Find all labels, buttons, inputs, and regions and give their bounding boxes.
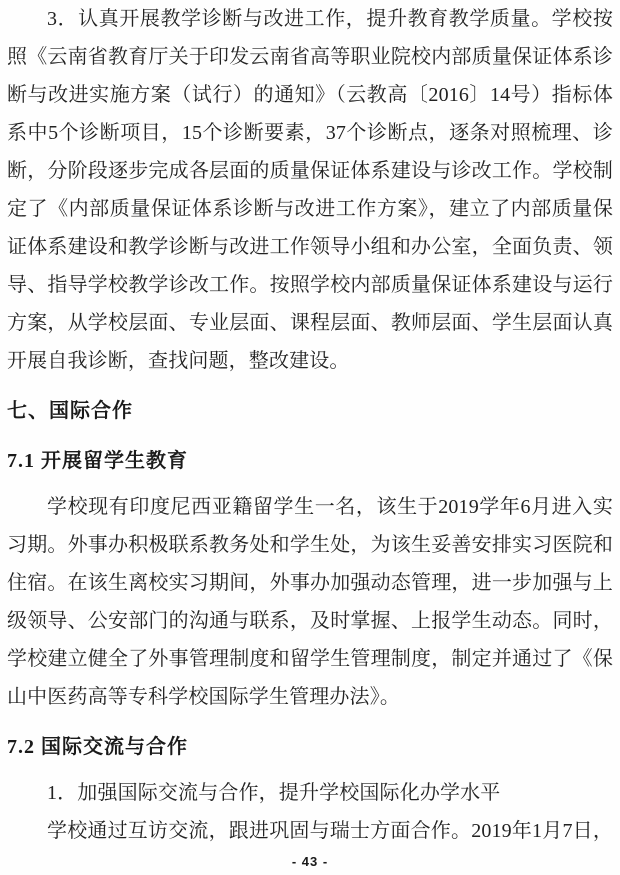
- text-line: 断与改进实施方案（试行）的通知》（云教高〔2016〕14号）指标体: [7, 76, 613, 114]
- document-content: 3．认真开展教学诊断与改进工作，提升教育教学质量。学校按照《云南省教育厅关于印发…: [0, 0, 620, 850]
- text-line: 证体系建设和教学诊断与改进工作领导小组和办公室，全面负责、领: [7, 228, 613, 266]
- text-line: 学校通过互访交流，跟进巩固与瑞士方面合作。2019年1月7日，: [7, 812, 613, 850]
- text-line: 习期。外事办积极联系教务处和学生处，为该生妥善安排实习医院和: [7, 526, 613, 564]
- text-line: 导、指导学校教学诊改工作。按照学校内部质量保证体系建设与运行: [7, 266, 613, 304]
- text-line: 方案，从学校层面、专业层面、课程层面、教师层面、学生层面认真: [7, 304, 613, 342]
- paragraph: 学校通过互访交流，跟进巩固与瑞士方面合作。2019年1月7日，: [7, 812, 613, 850]
- text-line: 系中5个诊断项目，15个诊断要素，37个诊断点，逐条对照梳理、诊: [7, 114, 613, 152]
- text-line: 断，分阶段逐步完成各层面的质量保证体系建设与诊改工作。学校制: [7, 152, 613, 190]
- document-page: 3．认真开展教学诊断与改进工作，提升教育教学质量。学校按照《云南省教育厅关于印发…: [0, 0, 620, 875]
- text-line: 1．加强国际交流与合作，提升学校国际化办学水平: [7, 774, 613, 812]
- page-number: - 43 -: [292, 854, 328, 869]
- section-heading: 7.1 开展留学生教育: [7, 442, 613, 480]
- paragraph: 3．认真开展教学诊断与改进工作，提升教育教学质量。学校按照《云南省教育厅关于印发…: [7, 0, 613, 380]
- text-line: 3．认真开展教学诊断与改进工作，提升教育教学质量。学校按: [7, 0, 613, 38]
- text-line: 住宿。在该生离校实习期间，外事办加强动态管理，进一步加强与上: [7, 564, 613, 602]
- text-line: 开展自我诊断，查找问题，整改建设。: [7, 342, 613, 380]
- text-line: 学校现有印度尼西亚籍留学生一名，该生于2019学年6月进入实: [7, 488, 613, 526]
- page-footer: - 43 -: [0, 853, 620, 871]
- text-line: 学校建立健全了外事管理制度和留学生管理制度，制定并通过了《保: [7, 640, 613, 678]
- section-heading: 7.2 国际交流与合作: [7, 728, 613, 766]
- text-line: 山中医药高等专科学校国际学生管理办法》。: [7, 678, 613, 716]
- paragraph: 1．加强国际交流与合作，提升学校国际化办学水平: [7, 774, 613, 812]
- section-heading: 七、国际合作: [7, 392, 613, 430]
- text-line: 定了《内部质量保证体系诊断与改进工作方案》，建立了内部质量保: [7, 190, 613, 228]
- text-line: 照《云南省教育厅关于印发云南省高等职业院校内部质量保证体系诊: [7, 38, 613, 76]
- paragraph: 学校现有印度尼西亚籍留学生一名，该生于2019学年6月进入实习期。外事办积极联系…: [7, 488, 613, 716]
- text-line: 级领导、公安部门的沟通与联系，及时掌握、上报学生动态。同时，: [7, 602, 613, 640]
